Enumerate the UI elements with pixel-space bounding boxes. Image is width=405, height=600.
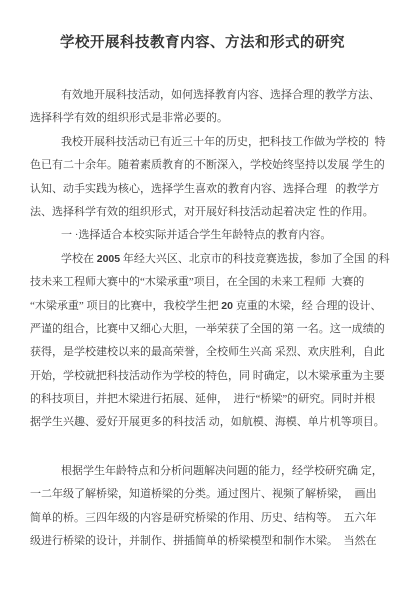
bold-number: 2005 [97,253,120,265]
text-line: 我校开展科技活动已有近三十年的历史，把科技工作做为学校的 特 [30,131,382,154]
paragraph: 根据学生年龄特点和分析问题解决问题的能力，经学校研究确 定，一二年级了解桥梁，知… [30,460,382,554]
text-line: 一 ·选择适合本校实际并适合学生年龄特点的教育内容。 [30,224,382,247]
paragraph: 学校在 2005 年经大兴区、北京市的科技竞赛选拔，参加了全国 的科技未来工程师… [30,248,382,435]
document-page: 学校开展科技教育内容、方法和形式的研究 有效地开展科技活动，如何选择教育内容、选… [0,0,405,600]
text-line: 级进行桥梁的设计，并制作、拼插简单的桥梁模型和制作木梁。 当然在 [30,530,382,553]
paragraph: 有效地开展科技活动，如何选择教育内容、选择合理的教学方法、选择科学有效的组织形式… [30,84,382,131]
text-line: 根据学生年龄特点和分析问题解决问题的能力，经学校研究确 定， [30,460,382,483]
text-line: 简单的桥。三四年级的内容是研究桥梁的作用、历史、结构等。 五六年 [30,507,382,530]
text-line: 严谨的组合，比赛中又细心大胆，一举荣获了全国的第 一名。这一成绩的 [30,318,382,341]
text-line: 色已有二十余年。随着素质教育的不断深入，学校始终坚持以发展 学生的 [30,154,382,177]
document-title: 学校开展科技教育内容、方法和形式的研究 [0,30,405,56]
text-line: 开始，学校就把科技活动作为学校的特色，同 时确定，以木梁承重为主要 [30,365,382,388]
text-line: 认知、动手实践为核心，选择学生喜欢的教育内容、选择合理 的教学方 [30,178,382,201]
text-line: 据学生兴趣、爱好开展更多的科技活 动，如航模、海模、单片机等项目。 [30,411,382,434]
paragraph: 一 ·选择适合本校实际并适合学生年龄特点的教育内容。 [30,224,382,247]
paragraph: 我校开展科技活动已有近三十年的历史，把科技工作做为学校的 特色已有二十余年。随着… [30,131,382,225]
text-line: 获得，是学校建校以来的最高荣誉，全校师生兴高 采烈、欢庆胜利，自此 [30,341,382,364]
text-line: 有效地开展科技活动，如何选择教育内容、选择合理的教学方法、 [30,84,382,107]
bold-number: 20 [221,300,233,312]
document-body: 有效地开展科技活动，如何选择教育内容、选择合理的教学方法、选择科学有效的组织形式… [30,84,382,553]
text-line: 技未来工程师大赛中的“木梁承重”项目，在全国的未来工程师 大赛的 [30,271,382,294]
text-line: 法、选择科学有效的组织形式，对开展好科技活动起着决定 性的作用。 [30,201,382,224]
text-line: 的科技项目，并把木梁进行拓展、延伸， 进行“桥梁”的研究。同时并根 [30,388,382,411]
text-line: 选择科学有效的组织形式是非常必要的。 [30,107,382,130]
text-line: 一二年级了解桥梁，知道桥梁的分类。通过图片、视频了解桥梁， 画出 [30,483,382,506]
text-line: “木梁承重” 项目的比赛中，我校学生把 20 克重的木梁，经 合理的设计、 [30,295,382,318]
text-line: 学校在 2005 年经大兴区、北京市的科技竞赛选拔，参加了全国 的科 [30,248,382,271]
